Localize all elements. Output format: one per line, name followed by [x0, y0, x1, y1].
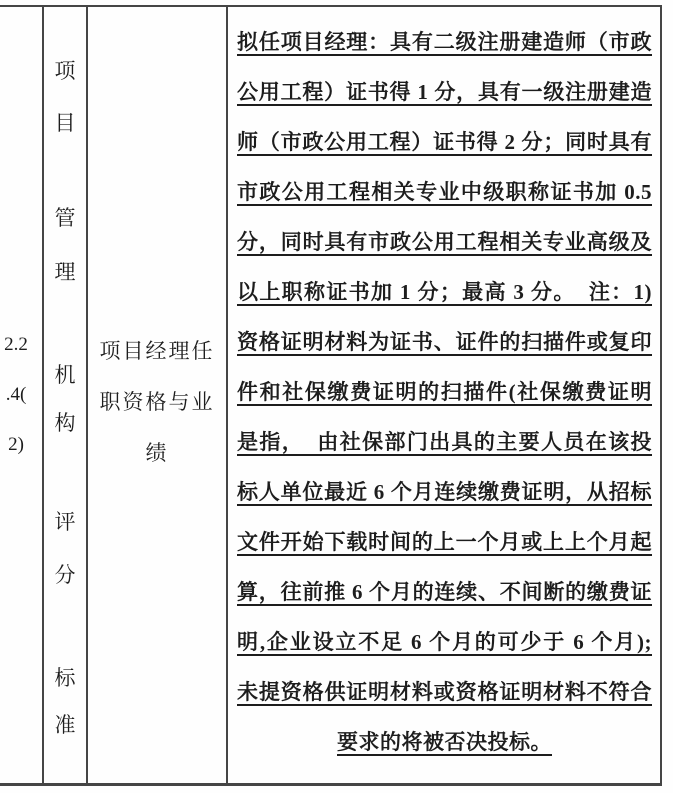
document-page: 2.2 .4( 2) 项 目 管 理 机 构 评 分 标 准 项目经理任 职资格…	[0, 0, 673, 793]
section-id-line: 2.2	[0, 320, 32, 370]
group-char: 分	[44, 563, 86, 587]
detail-line: 分，同时具有市政公用工程相关专业高级及	[237, 217, 652, 267]
criteria-detail-cell: 拟任项目经理：具有二级注册建造师（市政 公用工程）证书得 1 分，具有一级注册建…	[228, 7, 660, 783]
group-char: 管	[44, 206, 86, 230]
evaluation-table-row: 2.2 .4( 2) 项 目 管 理 机 构 评 分 标 准 项目经理任 职资格…	[0, 5, 662, 786]
section-id-line: 2)	[0, 420, 32, 470]
group-char: 构	[44, 411, 86, 435]
section-id: 2.2 .4( 2)	[0, 320, 32, 470]
group-char: 机	[44, 363, 86, 387]
group-char: 项	[44, 59, 86, 83]
detail-line: 文件开始下载时间的上一个月或上上个月起	[237, 517, 652, 567]
group-char: 标	[44, 666, 86, 690]
detail-line: 件和社保缴费证明的扫描件(社保缴费证明	[237, 367, 652, 417]
criteria-name-line: 绩	[100, 428, 215, 479]
group-char: 准	[44, 713, 86, 737]
detail-line: 标人单位最近 6 个月连续缴费证明，从招标	[237, 467, 652, 517]
criteria-group-cell: 项 目 管 理 机 构 评 分 标 准	[44, 7, 88, 783]
detail-line: 算，往前推 6 个月的连续、不间断的缴费证	[237, 567, 652, 617]
detail-line: 以上职称证书加 1 分；最高 3 分。 注：1)	[237, 267, 652, 317]
detail-line: 是指， 由社保部门出具的主要人员在该投	[237, 417, 652, 467]
detail-line: 拟任项目经理：具有二级注册建造师（市政	[237, 17, 652, 67]
detail-line: 公用工程）证书得 1 分，具有一级注册建造	[237, 67, 652, 117]
detail-line: 明,企业设立不足 6 个月的可少于 6 个月);	[237, 617, 652, 667]
criteria-name-line: 职资格与业	[100, 377, 215, 428]
detail-line-last: 要求的将被否决投标。	[237, 717, 652, 767]
section-id-line: .4(	[0, 370, 32, 420]
criteria-name: 项目经理任 职资格与业 绩	[100, 326, 215, 479]
group-char: 评	[44, 510, 86, 534]
section-id-cell: 2.2 .4( 2)	[0, 7, 44, 783]
group-char: 理	[44, 260, 86, 284]
detail-line: 市政公用工程相关专业中级职称证书加 0.5	[237, 167, 652, 217]
detail-line: 资格证明材料为证书、证件的扫描件或复印	[237, 317, 652, 367]
criteria-name-cell: 项目经理任 职资格与业 绩	[88, 7, 228, 783]
detail-line: 未提资格供证明材料或资格证明材料不符合	[237, 667, 652, 717]
group-char: 目	[44, 111, 86, 135]
detail-line: 师（市政公用工程）证书得 2 分；同时具有	[237, 117, 652, 167]
criteria-name-line: 项目经理任	[100, 326, 215, 377]
